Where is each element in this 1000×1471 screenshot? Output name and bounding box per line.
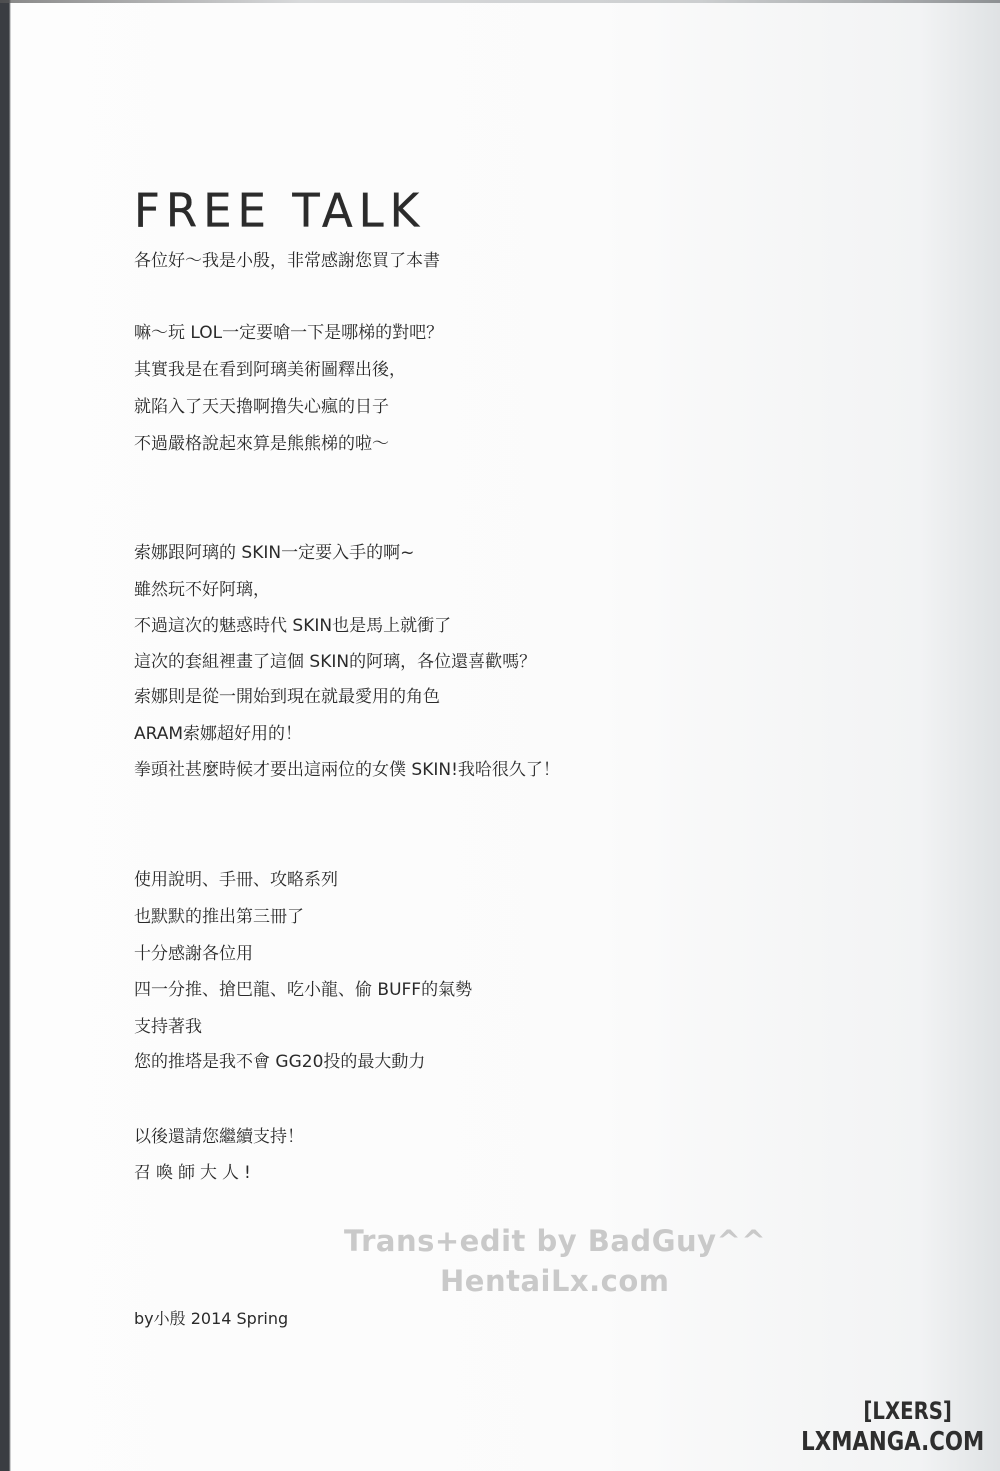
text-line: 召喚師大人! (134, 1162, 256, 1184)
text-line: 以後還請您繼續支持！ (134, 1126, 304, 1148)
signature: by小殷 2014 Spring (134, 1308, 288, 1330)
text-line: 就陷入了天天擼啊擼失心瘋的日子 (134, 396, 389, 418)
text-line: 使用說明、手冊、攻略系列 (134, 869, 338, 891)
scan-edge-shadow (0, 0, 1000, 3)
group-logo: [LXERS] (864, 1398, 952, 1424)
text-line: 嘛～玩 LOL一定要嗆一下是哪梯的對吧？ (134, 322, 443, 344)
text-line: 其實我是在看到阿璃美術圖釋出後， (134, 359, 406, 381)
text-line: 不過這次的魅惑時代 SKIN也是馬上就衝了 (134, 615, 451, 637)
text-line: 這次的套組裡畫了這個 SKIN的阿璃，各位還喜歡嗎？ (134, 651, 536, 673)
translator-site: HentaiLx.com (440, 1264, 670, 1298)
text-line: 您的推塔是我不會 GG20投的最大動力 (134, 1051, 425, 1073)
translator-credit: Trans+edit by BadGuy^^ (344, 1224, 766, 1258)
text-line: 雖然玩不好阿璃， (134, 579, 270, 601)
page-title: FREE TALK (134, 184, 425, 237)
text-line: 拳頭社甚麼時候才要出這兩位的女僕 SKIN!我哈很久了！ (134, 759, 560, 781)
text-line: 十分感謝各位用 (134, 943, 253, 965)
text-line: 不過嚴格說起來算是熊熊梯的啦～ (134, 433, 389, 455)
text-line: 四一分推、搶巴龍、吃小龍、偷 BUFF的氣勢 (134, 979, 472, 1001)
group-site: LXMANGA.COM (801, 1428, 984, 1456)
text-line: 也默默的推出第三冊了 (134, 906, 304, 928)
text-line: 索娜則是從一開始到現在就最愛用的角色 (134, 686, 440, 708)
text-line: 支持著我 (134, 1016, 202, 1038)
text-line: ARAM索娜超好用的！ (134, 723, 302, 745)
text-line: 索娜跟阿璃的 SKIN一定要入手的啊~ (134, 542, 414, 564)
greeting-line: 各位好～我是小殷，非常感謝您買了本書 (134, 250, 440, 272)
